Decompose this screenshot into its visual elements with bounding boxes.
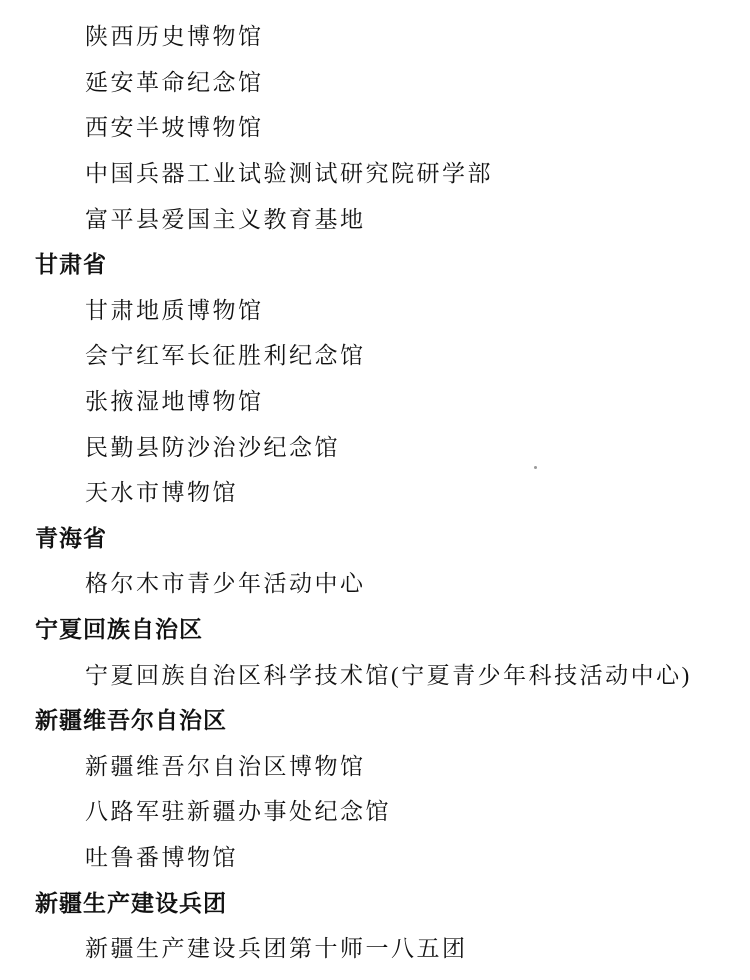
list-item: 吐鲁番博物馆 <box>0 833 750 879</box>
province-header-ningxia: 宁夏回族自治区 <box>0 605 750 651</box>
scan-artifact-dot <box>534 466 537 469</box>
list-item: 宁夏回族自治区科学技术馆(宁夏青少年科技活动中心) <box>0 650 750 696</box>
province-header-xinjiang: 新疆维吾尔自治区 <box>0 696 750 742</box>
list-item: 甘肃地质博物馆 <box>0 286 750 332</box>
list-item: 富平县爱国主义教育基地 <box>0 194 750 240</box>
list-item: 天水市博物馆 <box>0 468 750 514</box>
list-item: 会宁红军长征胜利纪念馆 <box>0 331 750 377</box>
list-item: 陕西历史博物馆 <box>0 12 750 58</box>
document-page: 陕西历史博物馆 延安革命纪念馆 西安半坡博物馆 中国兵器工业试验测试研究院研学部… <box>0 0 750 980</box>
list-item: 八路军驻新疆办事处纪念馆 <box>0 787 750 833</box>
list-item: 新疆维吾尔自治区博物馆 <box>0 742 750 788</box>
list-item: 中国兵器工业试验测试研究院研学部 <box>0 149 750 195</box>
list-item: 民勤县防沙治沙纪念馆 <box>0 422 750 468</box>
list-item: 张掖湿地博物馆 <box>0 377 750 423</box>
province-header-bingtuan: 新疆生产建设兵团 <box>0 878 750 924</box>
province-header-gansu: 甘肃省 <box>0 240 750 286</box>
list-item: 格尔木市青少年活动中心 <box>0 559 750 605</box>
province-header-qinghai: 青海省 <box>0 514 750 560</box>
list-item: 新疆生产建设兵团第十师一八五团 <box>0 924 750 970</box>
list-item: 西安半坡博物馆 <box>0 103 750 149</box>
list-item: 延安革命纪念馆 <box>0 58 750 104</box>
